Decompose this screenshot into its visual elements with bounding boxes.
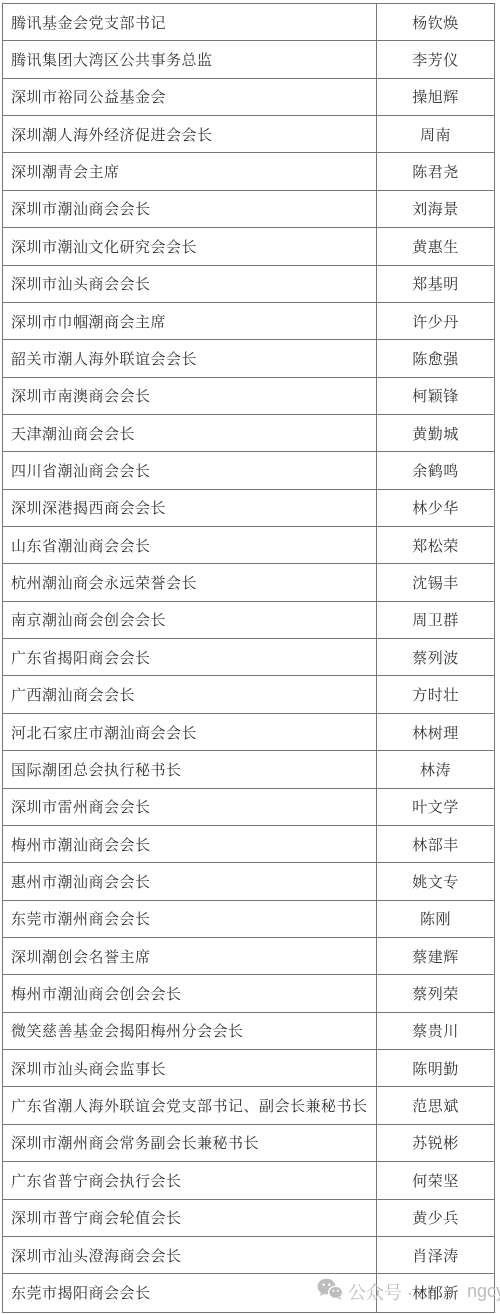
- table-row: 深圳市潮州商会常务副会长兼秘书长 苏锐彬: [3, 1125, 494, 1162]
- name-text: 范思斌: [412, 1095, 459, 1116]
- table-row: 杭州潮汕商会永远荣誉会长 沈锡丰: [3, 564, 494, 601]
- table-row: 深圳市裕同公益基金会 操旭辉: [3, 79, 494, 116]
- name-cell: 黄惠生: [377, 228, 494, 264]
- title-text: 东莞市潮州商会会长: [11, 908, 151, 929]
- table-row: 广西潮汕商会会长 方时壮: [3, 676, 494, 713]
- table-row: 山东省潮汕商会会长 郑松荣: [3, 527, 494, 564]
- title-cell: 广东省潮人海外联谊会党支部书记、副会长兼秘书长: [3, 1087, 377, 1123]
- title-cell: 梅州市潮汕商会创会会长: [3, 975, 377, 1011]
- title-cell: 深圳市雷州商会会长: [3, 789, 377, 825]
- name-cell: 叶文学: [377, 789, 494, 825]
- table-row: 深圳市南澳商会会长 柯颖锋: [3, 378, 494, 415]
- title-cell: 深圳市巾帼潮商会主席: [3, 303, 377, 339]
- table-row: 腾讯集团大湾区公共事务总监 李芳仪: [3, 41, 494, 78]
- name-text: 方时壮: [412, 684, 459, 705]
- name-text: 陈君尧: [412, 161, 459, 182]
- title-cell: 河北石家庄市潮汕商会会长: [3, 714, 377, 750]
- name-text: 蔡列波: [412, 647, 459, 668]
- name-cell: 林树理: [377, 714, 494, 750]
- table-row: 深圳市汕头商会会长 郑基明: [3, 266, 494, 303]
- title-cell: 深圳市汕头商会监事长: [3, 1050, 377, 1086]
- table-row: 东莞市揭阳商会会长 林郁新: [3, 1274, 494, 1311]
- name-cell: 蔡建辉: [377, 938, 494, 974]
- table-row: 深圳市汕头澄海商会会长 肖泽涛: [3, 1237, 494, 1274]
- name-text: 林郁新: [412, 1282, 459, 1303]
- table-row: 深圳市普宁商会轮值会长 黄少兵: [3, 1200, 494, 1237]
- table-row: 广东省潮人海外联谊会党支部书记、副会长兼秘书长 范思斌: [3, 1087, 494, 1124]
- name-text: 蔡建辉: [412, 946, 459, 967]
- title-text: 广东省潮人海外联谊会党支部书记、副会长兼秘书长: [11, 1095, 368, 1116]
- title-text: 深圳市南澳商会会长: [11, 385, 151, 406]
- title-text: 杭州潮汕商会永远荣誉会长: [11, 572, 197, 593]
- title-cell: 深圳市汕头商会会长: [3, 266, 377, 302]
- title-cell: 深圳市潮汕商会会长: [3, 191, 377, 227]
- name-text: 肖泽涛: [412, 1245, 459, 1266]
- title-text: 梅州市潮汕商会创会会长: [11, 983, 182, 1004]
- title-cell: 四川省潮汕商会会长: [3, 452, 377, 488]
- name-cell: 林郁新: [377, 1274, 494, 1311]
- title-text: 深圳市潮州商会常务副会长兼秘书长: [11, 1132, 259, 1153]
- name-cell: 刘海景: [377, 191, 494, 227]
- name-text: 周南: [420, 124, 451, 145]
- name-text: 郑基明: [412, 273, 459, 294]
- name-text: 林涛: [420, 759, 451, 780]
- table-row: 四川省潮汕商会会长 余鹤鸣: [3, 452, 494, 489]
- title-cell: 广东省揭阳商会会长: [3, 639, 377, 675]
- table-row: 深圳市雷州商会会长 叶文学: [3, 789, 494, 826]
- title-cell: 韶关市潮人海外联谊会会长: [3, 340, 377, 376]
- title-cell: 广东省普宁商会执行会长: [3, 1162, 377, 1198]
- table-rows: 腾讯基金会党支部书记 杨钦焕 腾讯集团大湾区公共事务总监 李芳仪 深圳市裕同公益…: [3, 4, 494, 1312]
- title-text: 南京潮汕商会创会会长: [11, 609, 166, 630]
- name-cell: 陈明勤: [377, 1050, 494, 1086]
- name-text: 何荣坚: [412, 1170, 459, 1191]
- title-cell: 梅州市潮汕商会会长: [3, 826, 377, 862]
- title-text: 腾讯集团大湾区公共事务总监: [11, 49, 213, 70]
- table-row: 河北石家庄市潮汕商会会长 林树理: [3, 714, 494, 751]
- table-row: 深圳市潮汕文化研究会会长 黄惠生: [3, 228, 494, 265]
- name-cell: 蔡列荣: [377, 975, 494, 1011]
- table-row: 天津潮汕商会会长 黄勤城: [3, 415, 494, 452]
- name-text: 周卫群: [412, 609, 459, 630]
- name-text: 郑松荣: [412, 535, 459, 556]
- name-cell: 黄少兵: [377, 1200, 494, 1236]
- name-cell: 姚文专: [377, 863, 494, 899]
- table-row: 韶关市潮人海外联谊会会长 陈愈强: [3, 340, 494, 377]
- name-cell: 陈刚: [377, 901, 494, 937]
- name-text: 操旭辉: [412, 86, 459, 107]
- title-text: 广东省普宁商会执行会长: [11, 1170, 182, 1191]
- table-row: 深圳潮青会主席 陈君尧: [3, 153, 494, 190]
- title-text: 韶关市潮人海外联谊会会长: [11, 348, 197, 369]
- title-text: 深圳潮创会名誉主席: [11, 946, 151, 967]
- title-cell: 深圳深港揭西商会会长: [3, 490, 377, 526]
- title-cell: 深圳市潮州商会常务副会长兼秘书长: [3, 1125, 377, 1161]
- title-text: 深圳潮人海外经济促进会会长: [11, 124, 213, 145]
- title-text: 深圳市巾帼潮商会主席: [11, 311, 166, 332]
- name-cell: 郑基明: [377, 266, 494, 302]
- title-cell: 腾讯基金会党支部书记: [3, 4, 377, 40]
- title-cell: 深圳潮青会主席: [3, 153, 377, 189]
- name-cell: 周卫群: [377, 602, 494, 638]
- table-row: 深圳市潮汕商会会长 刘海景: [3, 191, 494, 228]
- table-row: 腾讯基金会党支部书记 杨钦焕: [3, 4, 494, 41]
- name-text: 杨钦焕: [412, 12, 459, 33]
- name-text: 林少华: [412, 497, 459, 518]
- table-row: 梅州市潮汕商会创会会长 蔡列荣: [3, 975, 494, 1012]
- title-cell: 深圳市南澳商会会长: [3, 378, 377, 414]
- title-cell: 腾讯集团大湾区公共事务总监: [3, 41, 377, 77]
- name-text: 苏锐彬: [412, 1132, 459, 1153]
- members-table: 腾讯基金会党支部书记 杨钦焕 腾讯集团大湾区公共事务总监 李芳仪 深圳市裕同公益…: [2, 3, 495, 1313]
- name-text: 林部丰: [412, 834, 459, 855]
- name-text: 黄勤城: [412, 423, 459, 444]
- table-row: 国际潮团总会执行秘书长 林涛: [3, 751, 494, 788]
- title-text: 河北石家庄市潮汕商会会长: [11, 722, 197, 743]
- title-text: 国际潮团总会执行秘书长: [11, 759, 182, 780]
- name-text: 柯颖锋: [412, 385, 459, 406]
- title-text: 深圳市潮汕文化研究会会长: [11, 236, 197, 257]
- name-text: 陈刚: [420, 908, 451, 929]
- name-cell: 郑松荣: [377, 527, 494, 563]
- title-cell: 深圳潮创会名誉主席: [3, 938, 377, 974]
- title-cell: 深圳市裕同公益基金会: [3, 79, 377, 115]
- title-text: 深圳市裕同公益基金会: [11, 86, 166, 107]
- title-text: 山东省潮汕商会会长: [11, 535, 151, 556]
- title-cell: 惠州市潮汕商会会长: [3, 863, 377, 899]
- table-row: 广东省揭阳商会会长 蔡列波: [3, 639, 494, 676]
- title-cell: 杭州潮汕商会永远荣誉会长: [3, 564, 377, 600]
- title-text: 深圳市潮汕商会会长: [11, 198, 151, 219]
- title-text: 深圳市汕头商会会长: [11, 273, 151, 294]
- title-text: 东莞市揭阳商会会长: [11, 1282, 151, 1303]
- name-text: 陈愈强: [412, 348, 459, 369]
- title-text: 深圳市雷州商会会长: [11, 796, 151, 817]
- table-row: 东莞市潮州商会会长 陈刚: [3, 901, 494, 938]
- name-text: 黄少兵: [412, 1207, 459, 1228]
- title-cell: 东莞市潮州商会会长: [3, 901, 377, 937]
- name-cell: 林少华: [377, 490, 494, 526]
- title-cell: 微笑慈善基金会揭阳梅州分会会长: [3, 1013, 377, 1049]
- name-cell: 柯颖锋: [377, 378, 494, 414]
- name-cell: 蔡贵川: [377, 1013, 494, 1049]
- name-text: 蔡贵川: [412, 1020, 459, 1041]
- table-row: 南京潮汕商会创会会长 周卫群: [3, 602, 494, 639]
- table-row: 深圳潮创会名誉主席 蔡建辉: [3, 938, 494, 975]
- title-text: 惠州市潮汕商会会长: [11, 871, 151, 892]
- title-text: 微笑慈善基金会揭阳梅州分会会长: [11, 1020, 244, 1041]
- title-text: 深圳潮青会主席: [11, 161, 120, 182]
- name-cell: 苏锐彬: [377, 1125, 494, 1161]
- name-text: 许少丹: [412, 311, 459, 332]
- title-text: 深圳市普宁商会轮值会长: [11, 1207, 182, 1228]
- title-text: 广西潮汕商会会长: [11, 684, 135, 705]
- title-text: 深圳市汕头澄海商会会长: [11, 1245, 182, 1266]
- name-cell: 许少丹: [377, 303, 494, 339]
- name-text: 陈明勤: [412, 1058, 459, 1079]
- name-cell: 周南: [377, 116, 494, 152]
- title-cell: 国际潮团总会执行秘书长: [3, 751, 377, 787]
- name-cell: 陈愈强: [377, 340, 494, 376]
- name-cell: 方时壮: [377, 676, 494, 712]
- table-row: 深圳深港揭西商会会长 林少华: [3, 490, 494, 527]
- name-cell: 操旭辉: [377, 79, 494, 115]
- name-text: 蔡列荣: [412, 983, 459, 1004]
- title-text: 梅州市潮汕商会会长: [11, 834, 151, 855]
- name-text: 李芳仪: [412, 49, 459, 70]
- title-text: 腾讯基金会党支部书记: [11, 12, 166, 33]
- table-row: 惠州市潮汕商会会长 姚文专: [3, 863, 494, 900]
- title-cell: 广西潮汕商会会长: [3, 676, 377, 712]
- title-cell: 深圳市普宁商会轮值会长: [3, 1200, 377, 1236]
- title-cell: 东莞市揭阳商会会长: [3, 1274, 377, 1311]
- title-text: 天津潮汕商会会长: [11, 423, 135, 444]
- title-cell: 深圳潮人海外经济促进会会长: [3, 116, 377, 152]
- name-cell: 余鹤鸣: [377, 452, 494, 488]
- name-cell: 黄勤城: [377, 415, 494, 451]
- name-text: 姚文专: [412, 871, 459, 892]
- page: 腾讯基金会党支部书记 杨钦焕 腾讯集团大湾区公共事务总监 李芳仪 深圳市裕同公益…: [0, 0, 500, 1314]
- name-cell: 沈锡丰: [377, 564, 494, 600]
- name-cell: 陈君尧: [377, 153, 494, 189]
- table-row: 梅州市潮汕商会会长 林部丰: [3, 826, 494, 863]
- title-cell: 深圳市汕头澄海商会会长: [3, 1237, 377, 1273]
- title-text: 四川省潮汕商会会长: [11, 460, 151, 481]
- name-cell: 杨钦焕: [377, 4, 494, 40]
- name-cell: 范思斌: [377, 1087, 494, 1123]
- table-row: 微笑慈善基金会揭阳梅州分会会长 蔡贵川: [3, 1013, 494, 1050]
- title-cell: 天津潮汕商会会长: [3, 415, 377, 451]
- title-cell: 深圳市潮汕文化研究会会长: [3, 228, 377, 264]
- title-cell: 山东省潮汕商会会长: [3, 527, 377, 563]
- table-row: 深圳市巾帼潮商会主席 许少丹: [3, 303, 494, 340]
- title-cell: 南京潮汕商会创会会长: [3, 602, 377, 638]
- name-cell: 李芳仪: [377, 41, 494, 77]
- name-cell: 肖泽涛: [377, 1237, 494, 1273]
- title-text: 深圳市汕头商会监事长: [11, 1058, 166, 1079]
- name-text: 沈锡丰: [412, 572, 459, 593]
- table-row: 广东省普宁商会执行会长 何荣坚: [3, 1162, 494, 1199]
- name-text: 余鹤鸣: [412, 460, 459, 481]
- table-row: 深圳潮人海外经济促进会会长 周南: [3, 116, 494, 153]
- name-text: 叶文学: [412, 796, 459, 817]
- title-text: 广东省揭阳商会会长: [11, 647, 151, 668]
- name-cell: 何荣坚: [377, 1162, 494, 1198]
- table-row: 深圳市汕头商会监事长 陈明勤: [3, 1050, 494, 1087]
- name-cell: 林部丰: [377, 826, 494, 862]
- name-text: 林树理: [412, 722, 459, 743]
- name-cell: 蔡列波: [377, 639, 494, 675]
- name-text: 黄惠生: [412, 236, 459, 257]
- name-text: 刘海景: [412, 198, 459, 219]
- name-cell: 林涛: [377, 751, 494, 787]
- title-text: 深圳深港揭西商会会长: [11, 497, 166, 518]
